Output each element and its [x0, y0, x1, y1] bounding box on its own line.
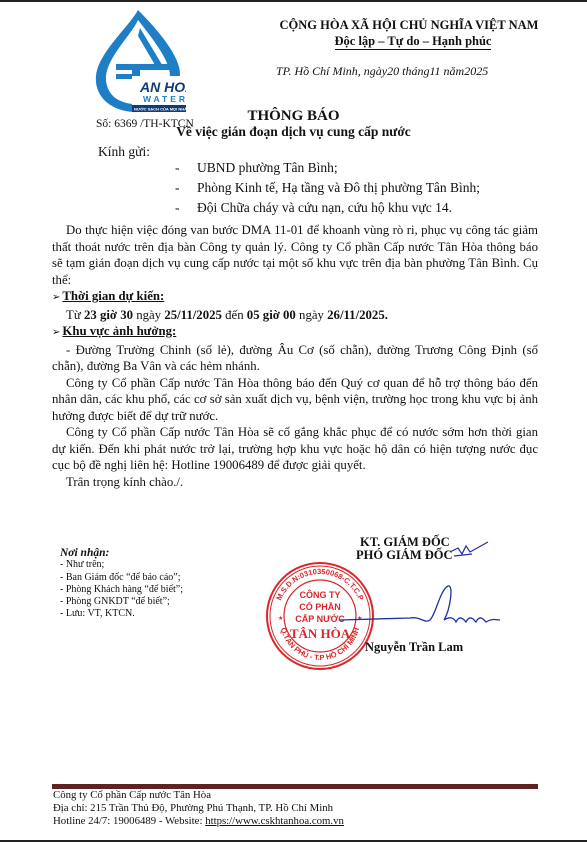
closing: Trân trọng kính chào./.: [52, 474, 538, 491]
greeting: Kính gửi:: [98, 144, 150, 160]
affected-area: - Đường Trường Chinh (số lẻ), đường Âu C…: [52, 342, 538, 375]
cc-item: - Như trên;: [60, 559, 183, 571]
footer-address: Địa chỉ: 215 Trần Thủ Độ, Phường Phú Thạ…: [53, 802, 344, 815]
body-text: Do thực hiện việc đóng van bước DMA 11-0…: [52, 222, 538, 490]
arrow-bullet-icon: ➢: [52, 292, 60, 303]
document-title: THÔNG BÁO: [0, 108, 587, 125]
recipient-item: -UBND phường Tân Bình;: [175, 160, 338, 176]
cc-item: - Lưu: VT, KTCN.: [60, 608, 183, 620]
cc-item: - Ban Giám đốc “để báo cáo”;: [60, 572, 183, 584]
cc-item: - Phòng GNKDT “để biết”;: [60, 596, 183, 608]
svg-text:CẤP NƯỚC: CẤP NƯỚC: [295, 613, 345, 624]
time-section-heading: ➢Thời gian dự kiến:: [52, 288, 538, 307]
cc-item: - Phòng Khách hàng “để biết”;: [60, 584, 183, 596]
recipient-item: -Phòng Kinh tế, Hạ tầng và Đô thị phường…: [175, 180, 480, 196]
time-range: Từ 23 giờ 30 ngày 25/11/2025 đến 05 giờ …: [52, 307, 538, 324]
svg-text:CỔ PHẦN: CỔ PHẦN: [299, 601, 341, 612]
intro-paragraph: Do thực hiện việc đóng van bước DMA 11-0…: [52, 222, 538, 288]
website-link[interactable]: https://www.cskhtanhoa.com.vn: [205, 815, 344, 827]
page-top-border: [0, 0, 587, 2]
svg-text:AN HOA: AN HOA: [139, 79, 186, 95]
footer-contact: Hotline 24/7: 19006489 - Website: https:…: [53, 815, 344, 828]
signatory-name: Nguyễn Trần Lam: [365, 640, 463, 655]
area-section-heading: ➢Khu vực ảnh hưởng:: [52, 323, 538, 342]
notice-paragraph: Công ty Cổ phần Cấp nước Tân Hòa thông b…: [52, 375, 538, 425]
national-title: CỘNG HÒA XÃ HỘI CHỦ NGHĨA VIỆT NAM: [254, 18, 564, 33]
initials-scribble: [448, 538, 498, 558]
contact-paragraph: Công ty Cổ phần Cấp nước Tân Hòa sẽ cố g…: [52, 424, 538, 474]
footer: Công ty Cổ phần Cấp nước Tân Hòa Địa chỉ…: [53, 789, 344, 828]
svg-text:CÔNG TY: CÔNG TY: [299, 589, 340, 600]
document-subtitle: Về việc gián đoạn dịch vụ cung cấp nước: [0, 124, 587, 140]
footer-company: Công ty Cổ phần Cấp nước Tân Hòa: [53, 789, 344, 802]
national-motto: Độc lập – Tự do – Hạnh phúc: [258, 34, 568, 49]
recipients-cc-heading: Nơi nhận:: [60, 547, 183, 559]
tan-hoa-water-logo: AN HOA WATER NƯỚC SẠCH CỦA MỌI NHÀ: [88, 8, 186, 116]
arrow-bullet-icon: ➢: [52, 327, 60, 338]
svg-text:★: ★: [278, 615, 283, 622]
svg-text:WATER: WATER: [143, 94, 186, 104]
recipient-item: -Đội Chữa cháy và cứu nạn, cứu hộ khu vự…: [175, 200, 452, 216]
handwritten-signature: [340, 580, 520, 640]
recipients-cc: Nơi nhận: - Như trên; - Ban Giám đốc “để…: [60, 547, 183, 621]
dateline: TP. Hồ Chí Minh, ngày20 tháng11 năm2025: [276, 64, 488, 79]
